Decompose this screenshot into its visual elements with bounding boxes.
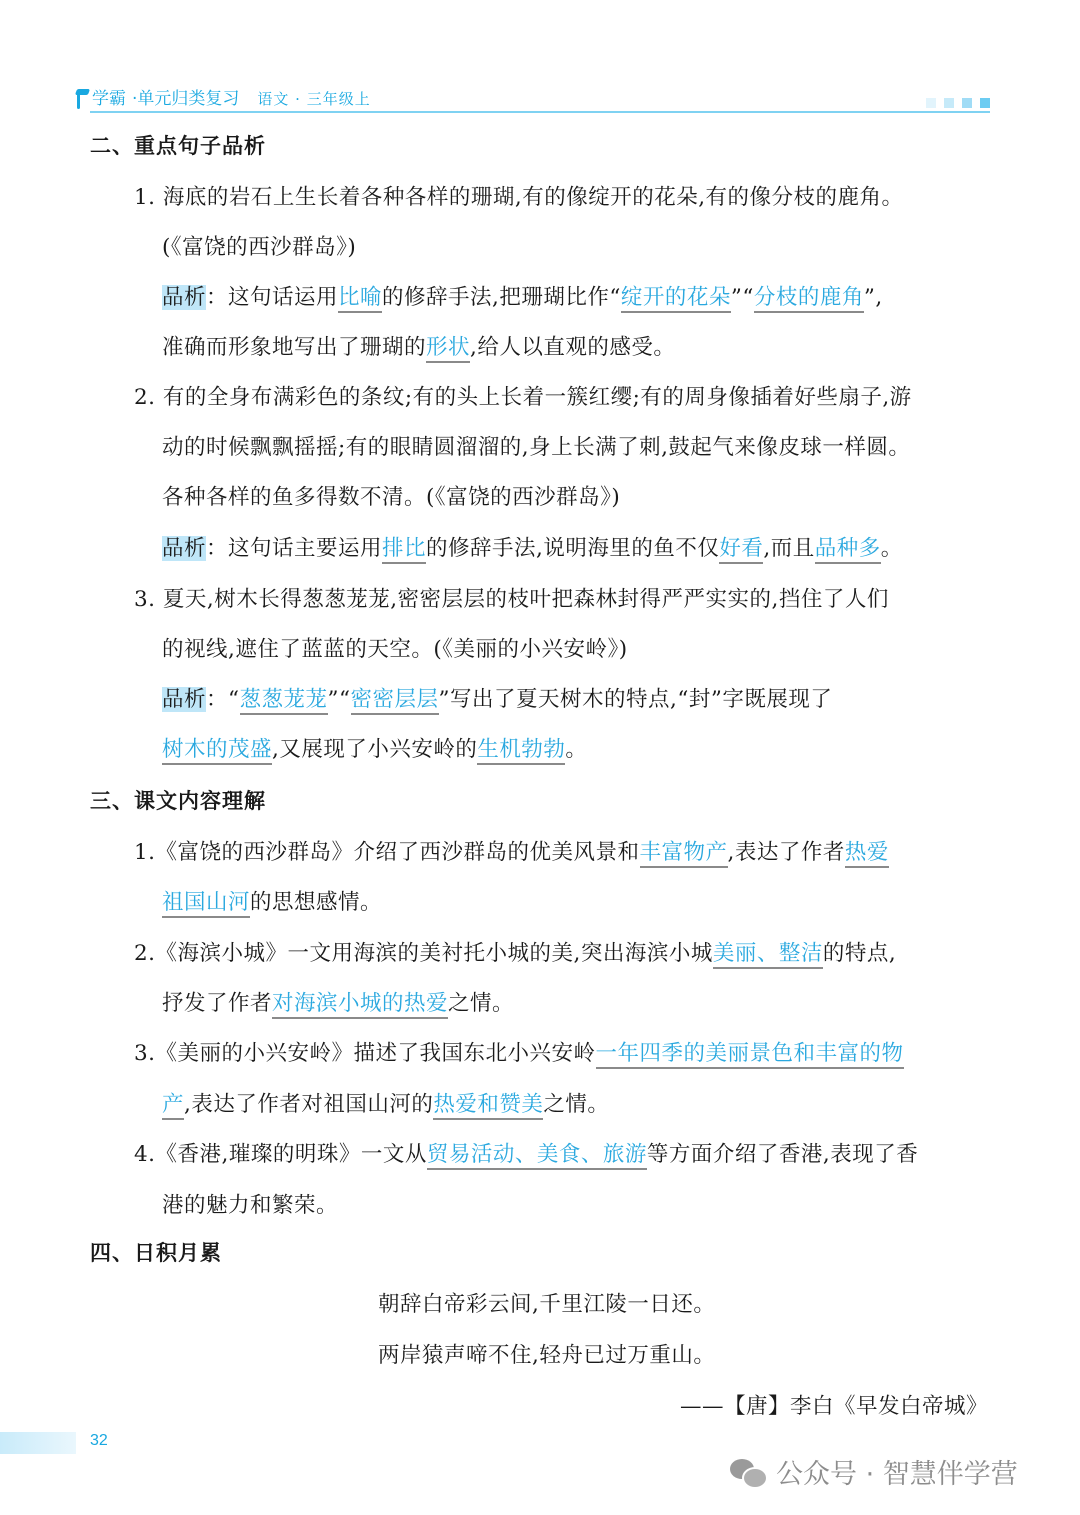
content-line: 2.《海滨小城》一文用海滨的美衬托小城的美,突出海滨小城美丽、整洁的特点,: [134, 936, 896, 967]
item-number: 1.: [134, 840, 156, 865]
text: 的视线,遮住了蓝蓝的天空。(《美丽的小兴安岭》): [162, 637, 628, 662]
text: 港的魅力和繁荣。: [162, 1193, 338, 1218]
text: 《海滨小城》一文用海滨的美衬托小城的美,突出海滨小城: [156, 941, 713, 966]
square-icon: [926, 98, 936, 108]
answer-text: 产: [162, 1092, 184, 1120]
sentence-line: 3. 夏天,树木长得葱葱茏茏,密密层层的枝叶把森林封得严严实实的,挡住了人们: [134, 582, 889, 613]
answer-text: 丰富物产: [640, 840, 728, 868]
content-line: 3.《美丽的小兴安岭》描述了我国东北小兴安岭一年四季的美丽景色和丰富的物: [134, 1036, 904, 1067]
square-icon: [944, 98, 954, 108]
square-icon: [980, 98, 990, 108]
brand-logo: 学霸 ·单元归类复习 语文 · 三年级上: [74, 84, 371, 109]
answer-text: 密密层层: [351, 687, 439, 715]
text: ：这句话主要运用: [206, 536, 382, 561]
text: ：这句话运用: [206, 285, 338, 310]
answer-text: 好看: [719, 536, 763, 564]
text: ,表达了作者对祖国山河的: [184, 1092, 433, 1117]
sentence-line: 2. 有的全身布满彩色的条纹;有的头上长着一簇红缨;有的周身像插着好些扇子,游: [134, 380, 912, 411]
text: ”,: [864, 285, 883, 310]
watermark: 公众号 · 智慧伴学营: [730, 1452, 1018, 1491]
text: 夏天,树木长得葱葱茏茏,密密层层的枝叶把森林封得严严实实的,挡住了人们: [163, 587, 889, 612]
item-number: 2.: [134, 385, 163, 410]
text: 《美丽的小兴安岭》描述了我国东北小兴安岭: [156, 1041, 596, 1066]
graduation-cap-icon: [74, 89, 90, 109]
poem-line: 朝辞白帝彩云间,千里江陵一日还。: [378, 1287, 715, 1318]
item-number: 4.: [134, 1142, 156, 1167]
section-title: 三、课文内容理解: [90, 785, 266, 815]
item-number: 3.: [134, 1041, 156, 1066]
text: 各种各样的鱼多得数不清。(《富饶的西沙群岛》): [162, 485, 620, 510]
text: 的特点,: [823, 941, 896, 966]
answer-text: 一年四季的美丽景色和丰富的物: [596, 1041, 904, 1069]
section-title: 二、重点句子品析: [90, 130, 266, 160]
text: 《香港,璀璨的明珠》一文从: [156, 1142, 427, 1167]
text: (《富饶的西沙群岛》): [162, 235, 356, 260]
answer-text: 分枝的鹿角: [754, 285, 864, 313]
answer-text: 生机勃勃: [477, 737, 565, 765]
text: 。: [565, 737, 587, 762]
analysis-line: 品析：“葱葱茏茏”“密密层层”写出了夏天树木的特点,“封”字既展现了: [162, 682, 832, 713]
text: ：“: [206, 687, 240, 712]
answer-text: 形状: [426, 335, 470, 363]
text: 抒发了作者: [162, 991, 272, 1016]
answer-text: 比喻: [338, 285, 382, 313]
brand-name: 学霸: [92, 84, 126, 109]
analysis-label: 品析: [162, 687, 206, 712]
text: 的思想感情。: [250, 890, 382, 915]
sentence-line: 1. 海底的岩石上生长着各种各样的珊瑚,有的像绽开的花朵,有的像分枝的鹿角。: [134, 180, 904, 211]
answer-text: 排比: [382, 536, 426, 564]
text: 动的时候飘飘摇摇;有的眼睛圆溜溜的,身上长满了刺,鼓起气来像皮球一样圆。: [162, 435, 910, 460]
text: 有的全身布满彩色的条纹;有的头上长着一簇红缨;有的周身像插着好些扇子,游: [163, 385, 912, 410]
text: 的修辞手法,把珊瑚比作“: [382, 285, 621, 310]
series-name: ·单元归类复习: [132, 84, 239, 109]
text: 《富饶的西沙群岛》介绍了西沙群岛的优美风景和: [156, 840, 640, 865]
answer-text: 热爱和赞美: [433, 1092, 543, 1120]
subject-grade: 语文 · 三年级上: [257, 88, 370, 109]
sentence-line: (《富饶的西沙群岛》): [162, 230, 356, 261]
page-header: 学霸 ·单元归类复习 语文 · 三年级上: [74, 82, 990, 114]
page-number: 32: [90, 1432, 108, 1450]
text: 之情。: [448, 991, 514, 1016]
analysis-line: 品析：这句话主要运用排比的修辞手法,说明海里的鱼不仅好看,而且品种多。: [162, 531, 903, 562]
text: ,而且: [763, 536, 814, 561]
analysis-label: 品析: [162, 285, 206, 310]
analysis-line: 品析：这句话运用比喻的修辞手法,把珊瑚比作“绽开的花朵”“分枝的鹿角”,: [162, 280, 883, 311]
text: ,给人以直观的感受。: [470, 335, 675, 360]
square-icon: [962, 98, 972, 108]
decorative-squares: [926, 98, 990, 108]
content-line: 抒发了作者对海滨小城的热爱之情。: [162, 986, 514, 1017]
text: ,表达了作者: [728, 840, 845, 865]
sentence-line: 的视线,遮住了蓝蓝的天空。(《美丽的小兴安岭》): [162, 632, 628, 663]
text: 之情。: [543, 1092, 609, 1117]
footer-bar: [0, 1432, 76, 1454]
answer-text: 树木的茂盛: [162, 737, 272, 765]
poem-line: 两岸猿声啼不住,轻舟已过万重山。: [378, 1338, 715, 1369]
watermark-text: 公众号 · 智慧伴学营: [776, 1452, 1018, 1491]
text: ”“: [731, 285, 754, 310]
answer-text: 绽开的花朵: [621, 285, 731, 313]
sentence-line: 动的时候飘飘摇摇;有的眼睛圆溜溜的,身上长满了刺,鼓起气来像皮球一样圆。: [162, 430, 910, 461]
analysis-line: 树木的茂盛,又展现了小兴安岭的生机勃勃。: [162, 732, 587, 763]
text: 的修辞手法,说明海里的鱼不仅: [426, 536, 719, 561]
content-line: 祖国山河的思想感情。: [162, 885, 382, 916]
answer-text: 祖国山河: [162, 890, 250, 918]
section-title: 四、日积月累: [90, 1237, 222, 1267]
answer-text: 美丽、整洁: [713, 941, 823, 969]
answer-text: 对海滨小城的热爱: [272, 991, 448, 1019]
item-number: 3.: [134, 587, 163, 612]
text: 海底的岩石上生长着各种各样的珊瑚,有的像绽开的花朵,有的像分枝的鹿角。: [163, 185, 904, 210]
item-number: 2.: [134, 941, 156, 966]
text: ”“: [328, 687, 351, 712]
analysis-label: 品析: [162, 536, 206, 561]
item-number: 1.: [134, 185, 163, 210]
content-line: 1.《富饶的西沙群岛》介绍了西沙群岛的优美风景和丰富物产,表达了作者热爱: [134, 835, 889, 866]
text: ”写出了夏天树木的特点,“封”字既展现了: [439, 687, 833, 712]
content-line: 产,表达了作者对祖国山河的热爱和赞美之情。: [162, 1087, 609, 1118]
wechat-icon: [730, 1457, 768, 1487]
sentence-line: 各种各样的鱼多得数不清。(《富饶的西沙群岛》): [162, 480, 620, 511]
content-line: 港的魅力和繁荣。: [162, 1188, 338, 1219]
answer-text: 葱葱茏茏: [240, 687, 328, 715]
answer-text: 贸易活动、美食、旅游: [427, 1142, 647, 1170]
text: 。: [881, 536, 903, 561]
header-divider: [90, 111, 990, 113]
text: ,又展现了小兴安岭的: [272, 737, 477, 762]
text: 等方面介绍了香港,表现了香: [647, 1142, 918, 1167]
poem-attribution: ——【唐】李白《早发白帝城》: [680, 1389, 988, 1420]
analysis-line: 准确而形象地写出了珊瑚的形状,给人以直观的感受。: [162, 330, 675, 361]
answer-text: 热爱: [845, 840, 889, 868]
content-line: 4.《香港,璀璨的明珠》一文从贸易活动、美食、旅游等方面介绍了香港,表现了香: [134, 1137, 918, 1168]
answer-text: 品种多: [815, 536, 881, 564]
text: 准确而形象地写出了珊瑚的: [162, 335, 426, 360]
